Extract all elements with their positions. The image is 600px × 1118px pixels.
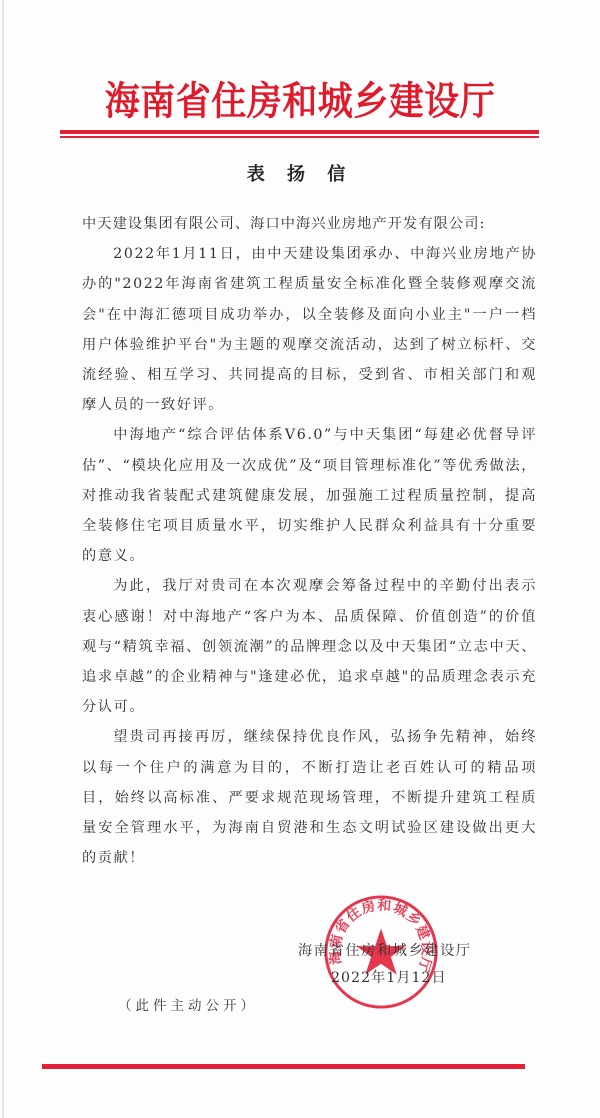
paragraph-1: 2022年1月11日，由中天建设集团承办、中海兴业房地产协办的"2022年海南省… [82, 239, 537, 420]
salutation: 中天建设集团有限公司、海口中海兴业房地产开发有限公司: [82, 209, 537, 239]
document-title: 表 扬 信 [0, 160, 600, 186]
disclosure-note: （此件主动公开） [118, 994, 258, 1014]
letter-body: 中天建设集团有限公司、海口中海兴业房地产开发有限公司: 2022年1月11日，由… [82, 209, 537, 873]
letterhead-rule-thick [60, 130, 539, 134]
signature-organization: 海南省住房和城乡建设厅 [298, 940, 472, 960]
footer-rule-thick [42, 1066, 525, 1069]
letterhead-organization: 海南省住房和城乡建设厅 [0, 71, 600, 127]
paragraph-3: 为此，我厅对贵司在本次观摩会筹备过程中的辛勤付出表示衷心感谢！对中海地产“客户为… [82, 571, 537, 722]
signature-date: 2022年1月12日 [331, 967, 447, 987]
paragraph-4: 望贵司再接再厉，继续保持优良作风，弘扬争先精神，始终以每一个住户的满意为目的，不… [82, 722, 537, 873]
paragraph-2: 中海地产“综合评估体系V6.0”与中天集团“每建必优督导评估”、“模块化应用及一… [82, 420, 537, 571]
letterhead-rule-thin [60, 136, 539, 138]
document-page: 海南省住房和城乡建设厅 表 扬 信 中天建设集团有限公司、海口中海兴业房地产开发… [0, 0, 600, 1118]
